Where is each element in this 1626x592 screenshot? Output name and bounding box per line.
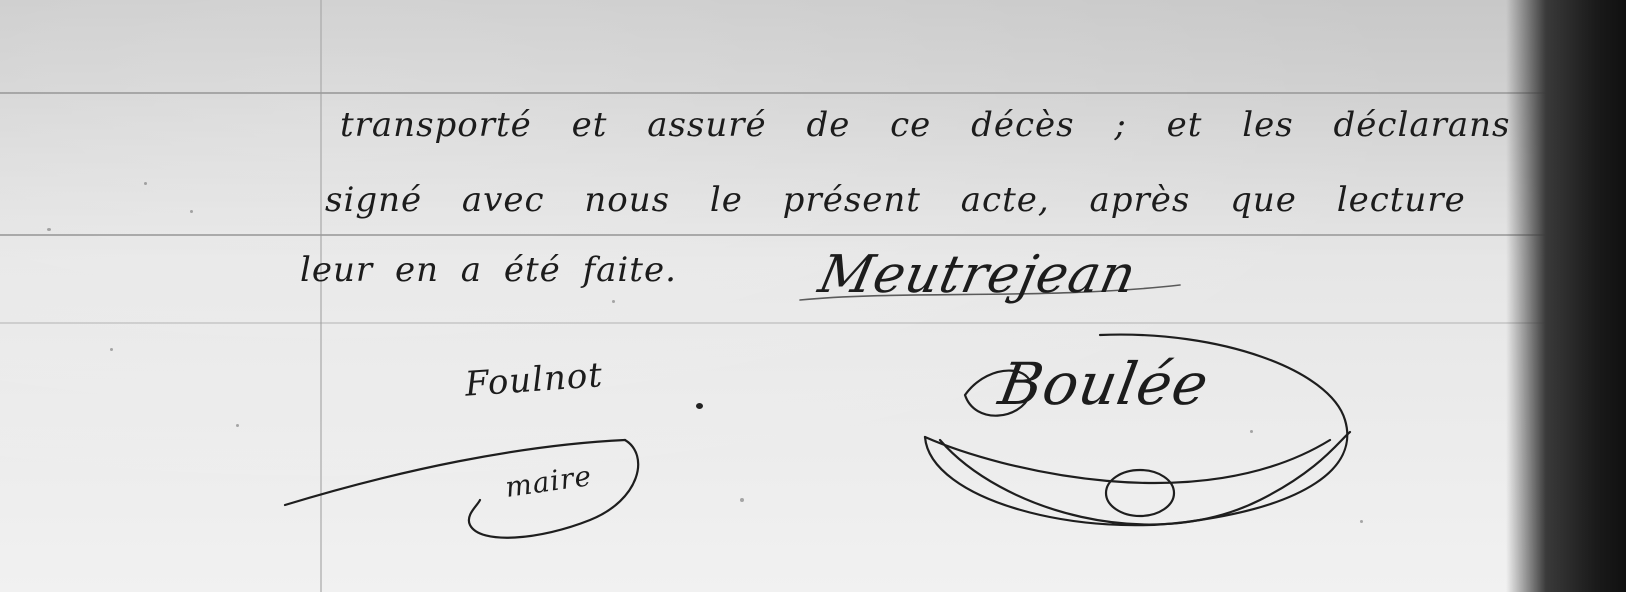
register-page: transporté et assuré de ce décès ; et le… — [0, 0, 1626, 592]
signature-flourishes — [0, 0, 1626, 592]
page-binding-shadow — [1506, 0, 1626, 592]
